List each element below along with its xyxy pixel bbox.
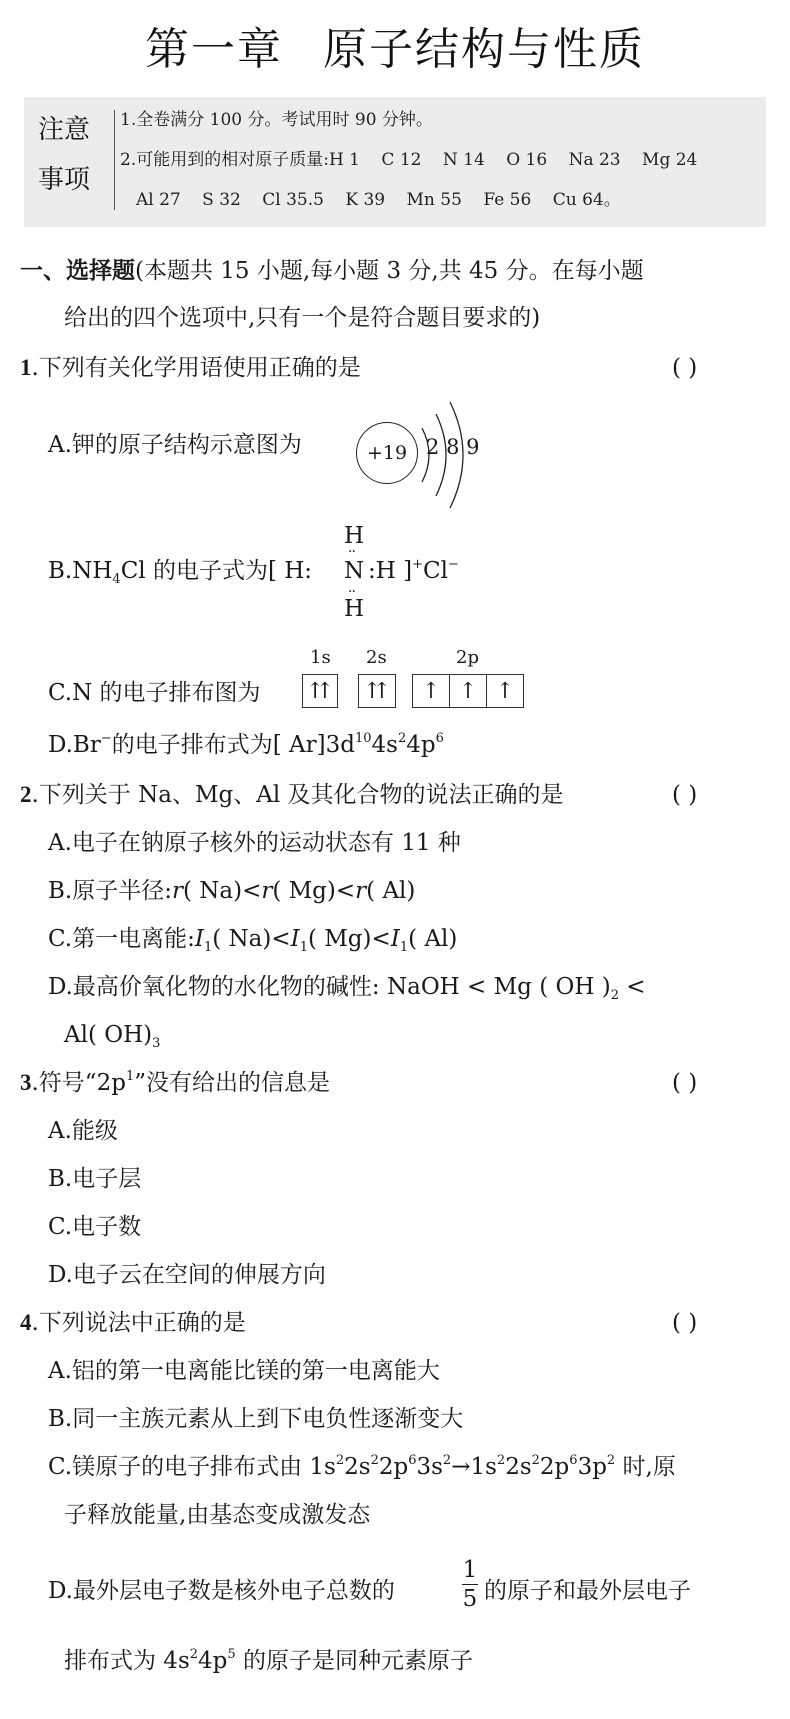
var-i: I [391, 926, 400, 952]
mass-cu: Cu 64。 [553, 190, 621, 210]
subscript: 1 [300, 940, 308, 955]
orbital-box-2p-2: ↑ [449, 674, 487, 708]
mass-mg: Mg 24 [642, 150, 697, 170]
question-4-stem: 4.下列说法中正确的是 [20, 1308, 246, 1338]
orbital-label-1s: 1s [310, 647, 331, 669]
q1-option-a: A.钾的原子结构示意图为 [48, 430, 302, 460]
formula-right: :H ]+Cl− [368, 556, 459, 586]
superscript: 2 [190, 1647, 198, 1662]
anion-charge: − [448, 557, 459, 572]
electron-pair-right: : [368, 558, 376, 584]
superscript: 2 [398, 731, 406, 746]
option-text: 的电子排布式为[ Ar]3d [112, 732, 355, 758]
option-text: D.最高价氧化物的水化物的碱性: NaOH < Mg ( OH ) [48, 974, 611, 1000]
q1-option-b: B.NH4Cl 的电子式为[ H: [48, 556, 312, 586]
shell-1: 2 [426, 435, 439, 459]
superscript: 2 [336, 1453, 344, 1468]
answer-blank-4[interactable]: ( ) [672, 1308, 697, 1338]
superscript: 6 [569, 1453, 577, 1468]
q4-option-d-cont: 排布式为 4s24p5 的原子是同种元素原子 [64, 1646, 473, 1676]
expr: ( Mg)< [308, 926, 391, 952]
q4-option-d: D.最外层电子数是核外电子总数的 [48, 1576, 395, 1606]
expr: ( Na)< [183, 878, 261, 904]
superscript: 2 [371, 1453, 379, 1468]
question-text: .下列有关化学用语使用正确的是 [32, 355, 361, 381]
superscript: 2 [443, 1453, 451, 1468]
expr: < [619, 974, 646, 1000]
mass-h: H 1 [329, 150, 360, 170]
config: 2p [540, 1454, 569, 1480]
var-r: r [261, 878, 272, 904]
option-text: B.原子半径: [48, 878, 172, 904]
notice-item-2: 2.可能用到的相对原子质量:H 1 C 12 N 14 O 16 Na 23 M… [120, 149, 697, 171]
question-text: ”没有给出的信息是 [134, 1070, 330, 1096]
q4-option-b: B.同一主族元素从上到下电负性逐渐变大 [48, 1404, 463, 1434]
config: 1s [309, 1454, 335, 1480]
mass-n: N 14 [443, 150, 485, 170]
fraction-numerator: 1 [462, 1556, 478, 1584]
question-1-stem: 1.下列有关化学用语使用正确的是 [20, 353, 361, 383]
mass-c: C 12 [381, 150, 421, 170]
superscript: 10 [355, 731, 372, 746]
question-number: 3 [20, 1070, 32, 1095]
subscript: 4 [112, 572, 120, 587]
q2-option-b: B.原子半径:r( Na)<r( Mg)<r( Al) [48, 876, 415, 906]
fraction-one-fifth: 1 5 [462, 1556, 478, 1613]
question-text: .下列说法中正确的是 [32, 1310, 246, 1336]
subscript: 2 [611, 988, 619, 1003]
q2-option-a: A.电子在钠原子核外的运动状态有 11 种 [48, 828, 461, 858]
electron-pair: : [304, 558, 312, 584]
expr: Al( OH) [64, 1022, 152, 1048]
mass-na: Na 23 [569, 150, 621, 170]
formula-right-text: H ] [376, 558, 412, 584]
q1-option-c: C.N 的电子排布图为 [48, 678, 261, 708]
subscript: 1 [204, 940, 212, 955]
notice-item-2-prefix: 2.可能用到的相对原子质量: [120, 150, 329, 170]
config: 2s [505, 1454, 531, 1480]
top-electron-pair: ·· [348, 548, 355, 556]
shell-2: 8 [446, 435, 459, 459]
option-text: C.第一电离能: [48, 926, 195, 952]
q3-option-b: B.电子层 [48, 1164, 141, 1194]
subscript: 3 [152, 1036, 160, 1051]
config-part: 4p [406, 732, 435, 758]
option-text: D.最外层电子数是核外电子总数的 [48, 1578, 395, 1604]
anion: Cl [423, 558, 448, 584]
option-text: 时,原 [615, 1454, 676, 1480]
notice-item-1: 1.全卷满分 100 分。考试用时 90 分钟。 [120, 109, 433, 131]
question-text: .下列关于 Na、Mg、Al 及其化合物的说法正确的是 [32, 782, 564, 808]
expr: ( Al) [366, 878, 415, 904]
var-r: r [172, 878, 183, 904]
mass-fe: Fe 56 [483, 190, 531, 210]
q2-option-d: D.最高价氧化物的水化物的碱性: NaOH < Mg ( OH )2 < [48, 972, 646, 1002]
option-text: 排布式为 4s [64, 1648, 190, 1674]
option-text: C.镁原子的电子排布式由 [48, 1454, 309, 1480]
nucleus-charge: +19 [367, 442, 407, 464]
answer-blank-2[interactable]: ( ) [672, 780, 697, 810]
orbital-box-1s: ⇈ [302, 674, 338, 708]
mass-o: O 16 [506, 150, 547, 170]
superscript: 2 [497, 1453, 505, 1468]
q2-option-d-cont: Al( OH)3 [64, 1020, 160, 1050]
ion-charge: − [101, 731, 112, 746]
arrow-icon: → [451, 1454, 470, 1480]
question-2-stem: 2.下列关于 Na、Mg、Al 及其化合物的说法正确的是 [20, 780, 564, 810]
option-text: 的原子是同种元素原子 [236, 1648, 473, 1674]
orbital-label-2p: 2p [456, 647, 479, 669]
ion: D.Br [48, 732, 101, 758]
center-nitrogen: N [344, 556, 364, 586]
mass-al: Al 27 [136, 190, 181, 210]
orbital-box-2s: ⇈ [358, 674, 396, 708]
superscript: 5 [227, 1647, 235, 1662]
q4-option-a: A.铝的第一电离能比镁的第一电离能大 [48, 1356, 440, 1386]
q4-option-c-cont: 子释放能量,由基态变成激发态 [64, 1500, 370, 1530]
chapter-number: 第一章 [145, 24, 283, 75]
mass-s: S 32 [202, 190, 241, 210]
chapter-title: 第一章原子结构与性质 [0, 22, 790, 78]
chapter-name: 原子结构与性质 [323, 24, 645, 75]
superscript: 2 [532, 1453, 540, 1468]
superscript: 1 [126, 1069, 134, 1084]
orbital-label-2s: 2s [366, 647, 387, 669]
formula-prefix: B.NH [48, 558, 112, 584]
answer-blank-1[interactable]: ( ) [672, 353, 697, 383]
shell-3: 9 [466, 435, 479, 459]
superscript: 6 [436, 731, 444, 746]
var-i: I [195, 926, 204, 952]
question-number: 2 [20, 782, 32, 807]
orbital-box-2p-1: ↑ [412, 674, 450, 708]
option-text: Cl 的电子式为 [121, 558, 268, 584]
notice-label-line1: 注意 [38, 115, 102, 145]
superscript: 2 [607, 1453, 615, 1468]
subscript: 1 [400, 940, 408, 955]
mass-cl: Cl 35.5 [262, 190, 324, 210]
q1-option-d: D.Br−的电子排布式为[ Ar]3d104s24p6 [48, 730, 444, 760]
notice-label-line2: 事项 [38, 165, 102, 195]
question-3-stem: 3.符号“2p1”没有给出的信息是 [20, 1068, 330, 1098]
q4-option-c: C.镁原子的电子排布式由 1s22s22p63s2→1s22s22p63p2 时… [48, 1452, 676, 1482]
config: 4p [198, 1648, 227, 1674]
section-heading: 一、选择题(本题共 15 小题,每小题 3 分,共 45 分。在每小题 [20, 256, 644, 286]
q2-option-c: C.第一电离能:I1( Na)<I1( Mg)<I1( Al) [48, 924, 457, 954]
q3-option-d: D.电子云在空间的伸展方向 [48, 1260, 326, 1290]
config: 3p [578, 1454, 607, 1480]
section-desc-2: 给出的四个选项中,只有一个是符合题目要求的) [64, 303, 540, 333]
config: 1s [470, 1454, 496, 1480]
section-title: 一、选择题 [20, 258, 135, 284]
config-part: 4s [372, 732, 398, 758]
formula-left: [ H [268, 558, 304, 584]
config: 2s [344, 1454, 370, 1480]
fraction-denominator: 5 [462, 1585, 478, 1613]
q3-option-a: A.能级 [48, 1116, 118, 1146]
config: 3s [416, 1454, 442, 1480]
mass-mn: Mn 55 [407, 190, 462, 210]
section-desc-1: (本题共 15 小题,每小题 3 分,共 45 分。在每小题 [135, 258, 644, 284]
config: 2p [379, 1454, 408, 1480]
bottom-hydrogen: H [344, 594, 364, 624]
expr: ( Mg)< [272, 878, 355, 904]
q4-option-d-suffix: 的原子和最外层电子 [484, 1576, 691, 1606]
question-number: 4 [20, 1310, 32, 1335]
expr: ( Na)< [212, 926, 290, 952]
cation-charge: + [412, 557, 423, 572]
orbital-box-2p-3: ↑ [486, 674, 524, 708]
question-text: .符号“2p [32, 1070, 126, 1096]
notice-box: 注意 事项 1.全卷满分 100 分。考试用时 90 分钟。 2.可能用到的相对… [24, 97, 766, 227]
q3-option-c: C.电子数 [48, 1212, 141, 1242]
expr: ( Al) [408, 926, 457, 952]
notice-item-2-cont: Al 27 S 32 Cl 35.5 K 39 Mn 55 Fe 56 Cu 6… [136, 189, 621, 211]
shell-electron-counts: 2 8 9 [426, 432, 480, 462]
nucleus-circle: +19 [356, 422, 418, 484]
var-r: r [355, 878, 366, 904]
var-i: I [291, 926, 300, 952]
mass-k: K 39 [345, 190, 385, 210]
notice-divider [114, 110, 115, 210]
question-number: 1 [20, 355, 32, 380]
answer-blank-3[interactable]: ( ) [672, 1068, 697, 1098]
